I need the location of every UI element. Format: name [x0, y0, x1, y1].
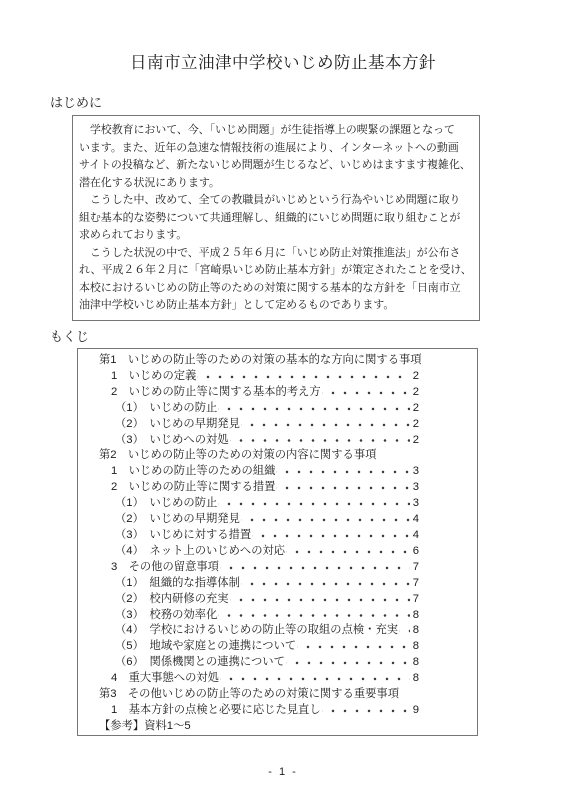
- toc-item-label: 【参考】資料1～5: [99, 719, 191, 735]
- table-of-contents-box: 第1 いじめの防止等のための対策の基本的な方向に関する事項1 いじめの定義22 …: [77, 348, 478, 736]
- toc-row: 第1 いじめの防止等のための対策の基本的な方向に関する事項: [99, 353, 419, 369]
- toc-row: （2） いじめの早期発見2: [115, 417, 419, 433]
- toc-item-label: （1） 組織的な指導体制: [115, 576, 240, 592]
- toc-dot-leader: [220, 560, 410, 576]
- toc-row: 第3 その他いじめの防止等のための対策に関する重要事項: [99, 687, 419, 703]
- toc-row: 1 いじめの防止等のための組織3: [111, 464, 419, 480]
- toc-dot-leader: [252, 528, 410, 544]
- toc-page-number: 8: [413, 623, 419, 639]
- section-heading-contents: もくじ: [50, 329, 566, 344]
- toc-dot-leader: [399, 623, 410, 639]
- toc-page-number: 8: [413, 639, 419, 655]
- toc-row: 1 基本方針の点検と必要に応じた見直し9: [111, 703, 419, 719]
- toc-row: （3） 校務の効率化8: [115, 608, 419, 624]
- toc-page-number: 2: [413, 369, 419, 385]
- toc-row: （1） いじめの防止2: [115, 401, 419, 417]
- toc-page-number: 3: [413, 480, 419, 496]
- toc-item-label: 1 基本方針の点検と必要に応じた見直し: [111, 703, 321, 719]
- intro-paragraph-line: 本校におけるいじめの防止等のための対策に関する基本的な方針を「日南市立: [79, 280, 473, 298]
- toc-page-number: 2: [413, 385, 419, 401]
- toc-dot-leader: [218, 496, 409, 512]
- toc-item-label: （3） いじめに対する措置: [115, 528, 251, 544]
- toc-row: （1） 組織的な指導体制7: [115, 576, 419, 592]
- intro-paragraph-line: 潜在化する状況にあります。: [79, 175, 473, 193]
- toc-dot-leader: [230, 433, 410, 449]
- toc-row: 3 その他の留意事項7: [111, 560, 419, 576]
- toc-dot-leader: [230, 592, 410, 608]
- toc-item-label: （2） いじめの早期発見: [115, 512, 240, 528]
- toc-item-label: 第3 その他いじめの防止等のための対策に関する重要事項: [99, 687, 399, 703]
- toc-dot-leader: [241, 417, 410, 433]
- toc-page-number: 2: [413, 401, 419, 417]
- intro-text-box: 学校教育において、今、「いじめ問題」が生徒指導上の喫緊の課題となっています。また…: [72, 115, 480, 321]
- toc-page-number: 6: [413, 544, 419, 560]
- toc-page-number: 2: [413, 417, 419, 433]
- toc-item-label: （1） いじめの防止: [115, 401, 217, 417]
- intro-paragraph-line: 求められております。: [79, 227, 473, 245]
- toc-dot-leader: [218, 401, 409, 417]
- toc-page-number: 8: [413, 608, 419, 624]
- toc-page-number: 8: [413, 671, 419, 687]
- toc-row: （3） いじめへの対処2: [115, 433, 419, 449]
- toc-item-label: 1 いじめの防止等のための組織: [111, 464, 275, 480]
- toc-item-label: 4 重大事態への対処: [111, 671, 219, 687]
- toc-row: 2 いじめの防止等に関する基本的考え方2: [111, 385, 419, 401]
- toc-dot-leader: [297, 639, 410, 655]
- toc-dot-leader: [220, 671, 410, 687]
- toc-row: 1 いじめの定義2: [111, 369, 419, 385]
- toc-row: （5） 地域や家庭との連携について8: [115, 639, 419, 655]
- intro-paragraph-line: 学校教育において、今、「いじめ問題」が生徒指導上の喫緊の課題となって: [79, 122, 473, 140]
- toc-page-number: 7: [413, 560, 419, 576]
- toc-item-label: （3） 校務の効率化: [115, 608, 217, 624]
- toc-dot-leader: [197, 369, 409, 385]
- toc-row: 2 いじめの防止等に関する措置3: [111, 480, 419, 496]
- page-number-footer: - 1 -: [0, 766, 566, 778]
- toc-dot-leader: [286, 544, 410, 560]
- document-page: 日南市立油津中学校いじめ防止基本方針 はじめに 学校教育において、今、「いじめ問…: [0, 0, 566, 800]
- toc-dot-leader: [276, 480, 409, 496]
- toc-item-label: 第2 いじめの防止等のための対策の内容に関する事項: [99, 448, 376, 464]
- toc-row: （2） 校内研修の充実7: [115, 592, 419, 608]
- intro-paragraph-line: 組む基本的な姿勢について共通理解し、組織的にいじめ問題に取り組むことが: [79, 210, 473, 228]
- toc-item-label: （2） 校内研修の充実: [115, 592, 229, 608]
- toc-item-label: （5） 地域や家庭との連携について: [115, 639, 296, 655]
- toc-item-label: （1） いじめの防止: [115, 496, 217, 512]
- toc-item-label: （4） ネット上のいじめへの対応: [115, 544, 285, 560]
- toc-page-number: 9: [413, 703, 419, 719]
- page-title: 日南市立油津中学校いじめ防止基本方針: [0, 0, 566, 73]
- intro-paragraph-line: サイトの投稿など、新たないじめ問題が生じるなど、いじめはますます複雑化、: [79, 157, 473, 175]
- toc-item-label: （6） 関係機関との連携について: [115, 655, 285, 671]
- toc-row: （1） いじめの防止3: [115, 496, 419, 512]
- intro-paragraph-line: います。また、近年の急速な情報技術の進展により、インターネットへの動画: [79, 140, 473, 158]
- toc-item-label: 3 その他の留意事項: [111, 560, 219, 576]
- toc-page-number: 4: [413, 512, 419, 528]
- toc-item-label: 2 いじめの防止等に関する基本的考え方: [111, 385, 321, 401]
- toc-dot-leader: [276, 464, 409, 480]
- toc-page-number: 7: [413, 576, 419, 592]
- intro-paragraph-line: こうした中、改めて、全ての教職員がいじめという行為やいじめ問題に取り: [79, 192, 473, 210]
- toc-dot-leader: [286, 655, 410, 671]
- intro-paragraph-line: 油津中学校いじめ防止基本方針」として定めるものであります。: [79, 297, 473, 315]
- toc-item-label: 1 いじめの定義: [111, 369, 196, 385]
- toc-row: （4） 学校におけるいじめの防止等の取組の点検・充実8: [115, 623, 419, 639]
- toc-row: 【参考】資料1～5: [99, 719, 419, 735]
- toc-row: （4） ネット上のいじめへの対応6: [115, 544, 419, 560]
- toc-item-label: 2 いじめの防止等に関する措置: [111, 480, 275, 496]
- toc-item-label: 第1 いじめの防止等のための対策の基本的な方向に関する事項: [99, 353, 422, 369]
- toc-dot-leader: [241, 512, 410, 528]
- toc-dot-leader: [241, 576, 410, 592]
- toc-dot-leader: [322, 385, 410, 401]
- toc-item-label: （3） いじめへの対処: [115, 433, 229, 449]
- intro-paragraph-line: れ、平成２６年２月に「宮崎県いじめ防止基本方針」が策定されたことを受け、: [79, 262, 473, 280]
- toc-page-number: 4: [413, 528, 419, 544]
- toc-item-label: （4） 学校におけるいじめの防止等の取組の点検・充実: [115, 623, 398, 639]
- toc-page-number: 7: [413, 592, 419, 608]
- toc-row: （2） いじめの早期発見4: [115, 512, 419, 528]
- toc-dot-leader: [322, 703, 410, 719]
- toc-row: （3） いじめに対する措置4: [115, 528, 419, 544]
- toc-page-number: 8: [413, 655, 419, 671]
- toc-item-label: （2） いじめの早期発見: [115, 417, 240, 433]
- toc-page-number: 3: [413, 496, 419, 512]
- toc-page-number: 2: [413, 433, 419, 449]
- toc-page-number: 3: [413, 464, 419, 480]
- toc-row: （6） 関係機関との連携について8: [115, 655, 419, 671]
- intro-paragraph-line: こうした状況の中で、平成２５年６月に「いじめ防止対策推進法」が公布さ: [79, 245, 473, 263]
- toc-row: 第2 いじめの防止等のための対策の内容に関する事項: [99, 448, 419, 464]
- toc-row: 4 重大事態への対処8: [111, 671, 419, 687]
- toc-dot-leader: [218, 608, 409, 624]
- section-heading-introduction: はじめに: [50, 95, 566, 110]
